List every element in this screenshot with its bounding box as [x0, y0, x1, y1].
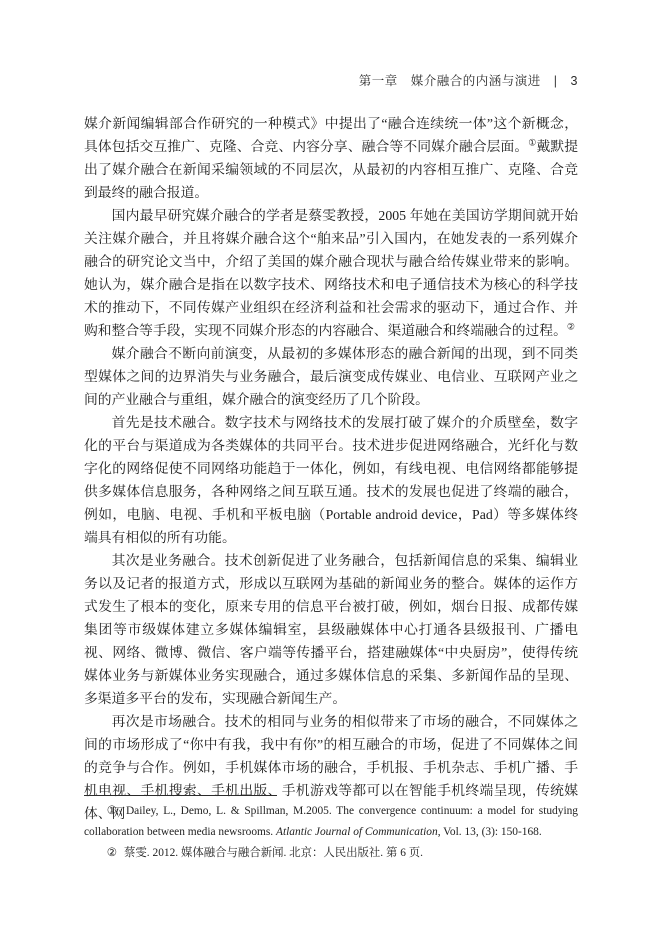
body-paragraph: 媒介融合不断向前演变，从最初的多媒体形态的融合新闻的出现，到不同类型媒体之间的边…	[84, 342, 578, 411]
text-run: Atlantic Journal of Communication	[276, 826, 438, 838]
text-run: 其次是业务融合。技术创新促进了业务融合，包括新闻信息的采集、编辑业务以及记者的报…	[84, 553, 578, 706]
footnote-divider	[84, 795, 277, 796]
body-paragraph: 首先是技术融合。数字技术与网络技术的发展打破了媒介的介质壁垒，数字化的平台与渠道…	[84, 411, 578, 549]
chapter-label: 第一章	[359, 74, 398, 88]
page-number: 3	[571, 74, 578, 88]
footnotes: ①Dailey, L., Demo, L. & Spillman, M.2005…	[84, 801, 578, 864]
footnote-marker: ①	[107, 805, 119, 817]
body-paragraph: 国内最早研究媒介融合的学者是蔡雯教授，2005 年她在美国访学期间就开始关注媒介…	[84, 204, 578, 342]
text-run: 首先是技术融合。数字技术与网络技术的发展打破了媒介的介质壁垒，数字化的平台与渠道…	[84, 415, 578, 545]
text-run: 媒介融合不断向前演变，从最初的多媒体形态的融合新闻的出现，到不同类型媒体之间的边…	[84, 346, 578, 407]
book-page: 第一章媒介融合的内涵与演进|3 媒介新闻编辑部合作研究的一种模式》中提出了“融合…	[0, 0, 661, 925]
body-text: 媒介新闻编辑部合作研究的一种模式》中提出了“融合连续统一体”这个新概念，具体包括…	[84, 112, 578, 825]
text-run: , Vol. 13, (3): 150-168.	[438, 826, 542, 838]
footnote-ref: ②	[567, 321, 575, 331]
header-separator: |	[554, 74, 558, 88]
footnote-marker: ②	[107, 847, 117, 859]
text-run: 媒介新闻编辑部合作研究的一种模式》中提出了“融合连续统一体”这个新概念，具体包括…	[84, 116, 578, 154]
footnote: ②蔡雯. 2012. 媒体融合与融合新闻. 北京：人民出版社. 第 6 页.	[84, 843, 578, 864]
body-paragraph: 其次是业务融合。技术创新促进了业务融合，包括新闻信息的采集、编辑业务以及记者的报…	[84, 549, 578, 710]
footnote: ①Dailey, L., Demo, L. & Spillman, M.2005…	[84, 801, 578, 843]
body-paragraph: 媒介新闻编辑部合作研究的一种模式》中提出了“融合连续统一体”这个新概念，具体包括…	[84, 112, 578, 204]
text-run: 国内最早研究媒介融合的学者是蔡雯教授，2005 年她在美国访学期间就开始关注媒介…	[84, 208, 578, 338]
chapter-title: 媒介融合的内涵与演进	[411, 74, 541, 88]
running-header: 第一章媒介融合的内涵与演进|3	[84, 71, 578, 91]
text-run: 蔡雯. 2012. 媒体融合与融合新闻. 北京：人民出版社. 第 6 页.	[124, 847, 423, 859]
